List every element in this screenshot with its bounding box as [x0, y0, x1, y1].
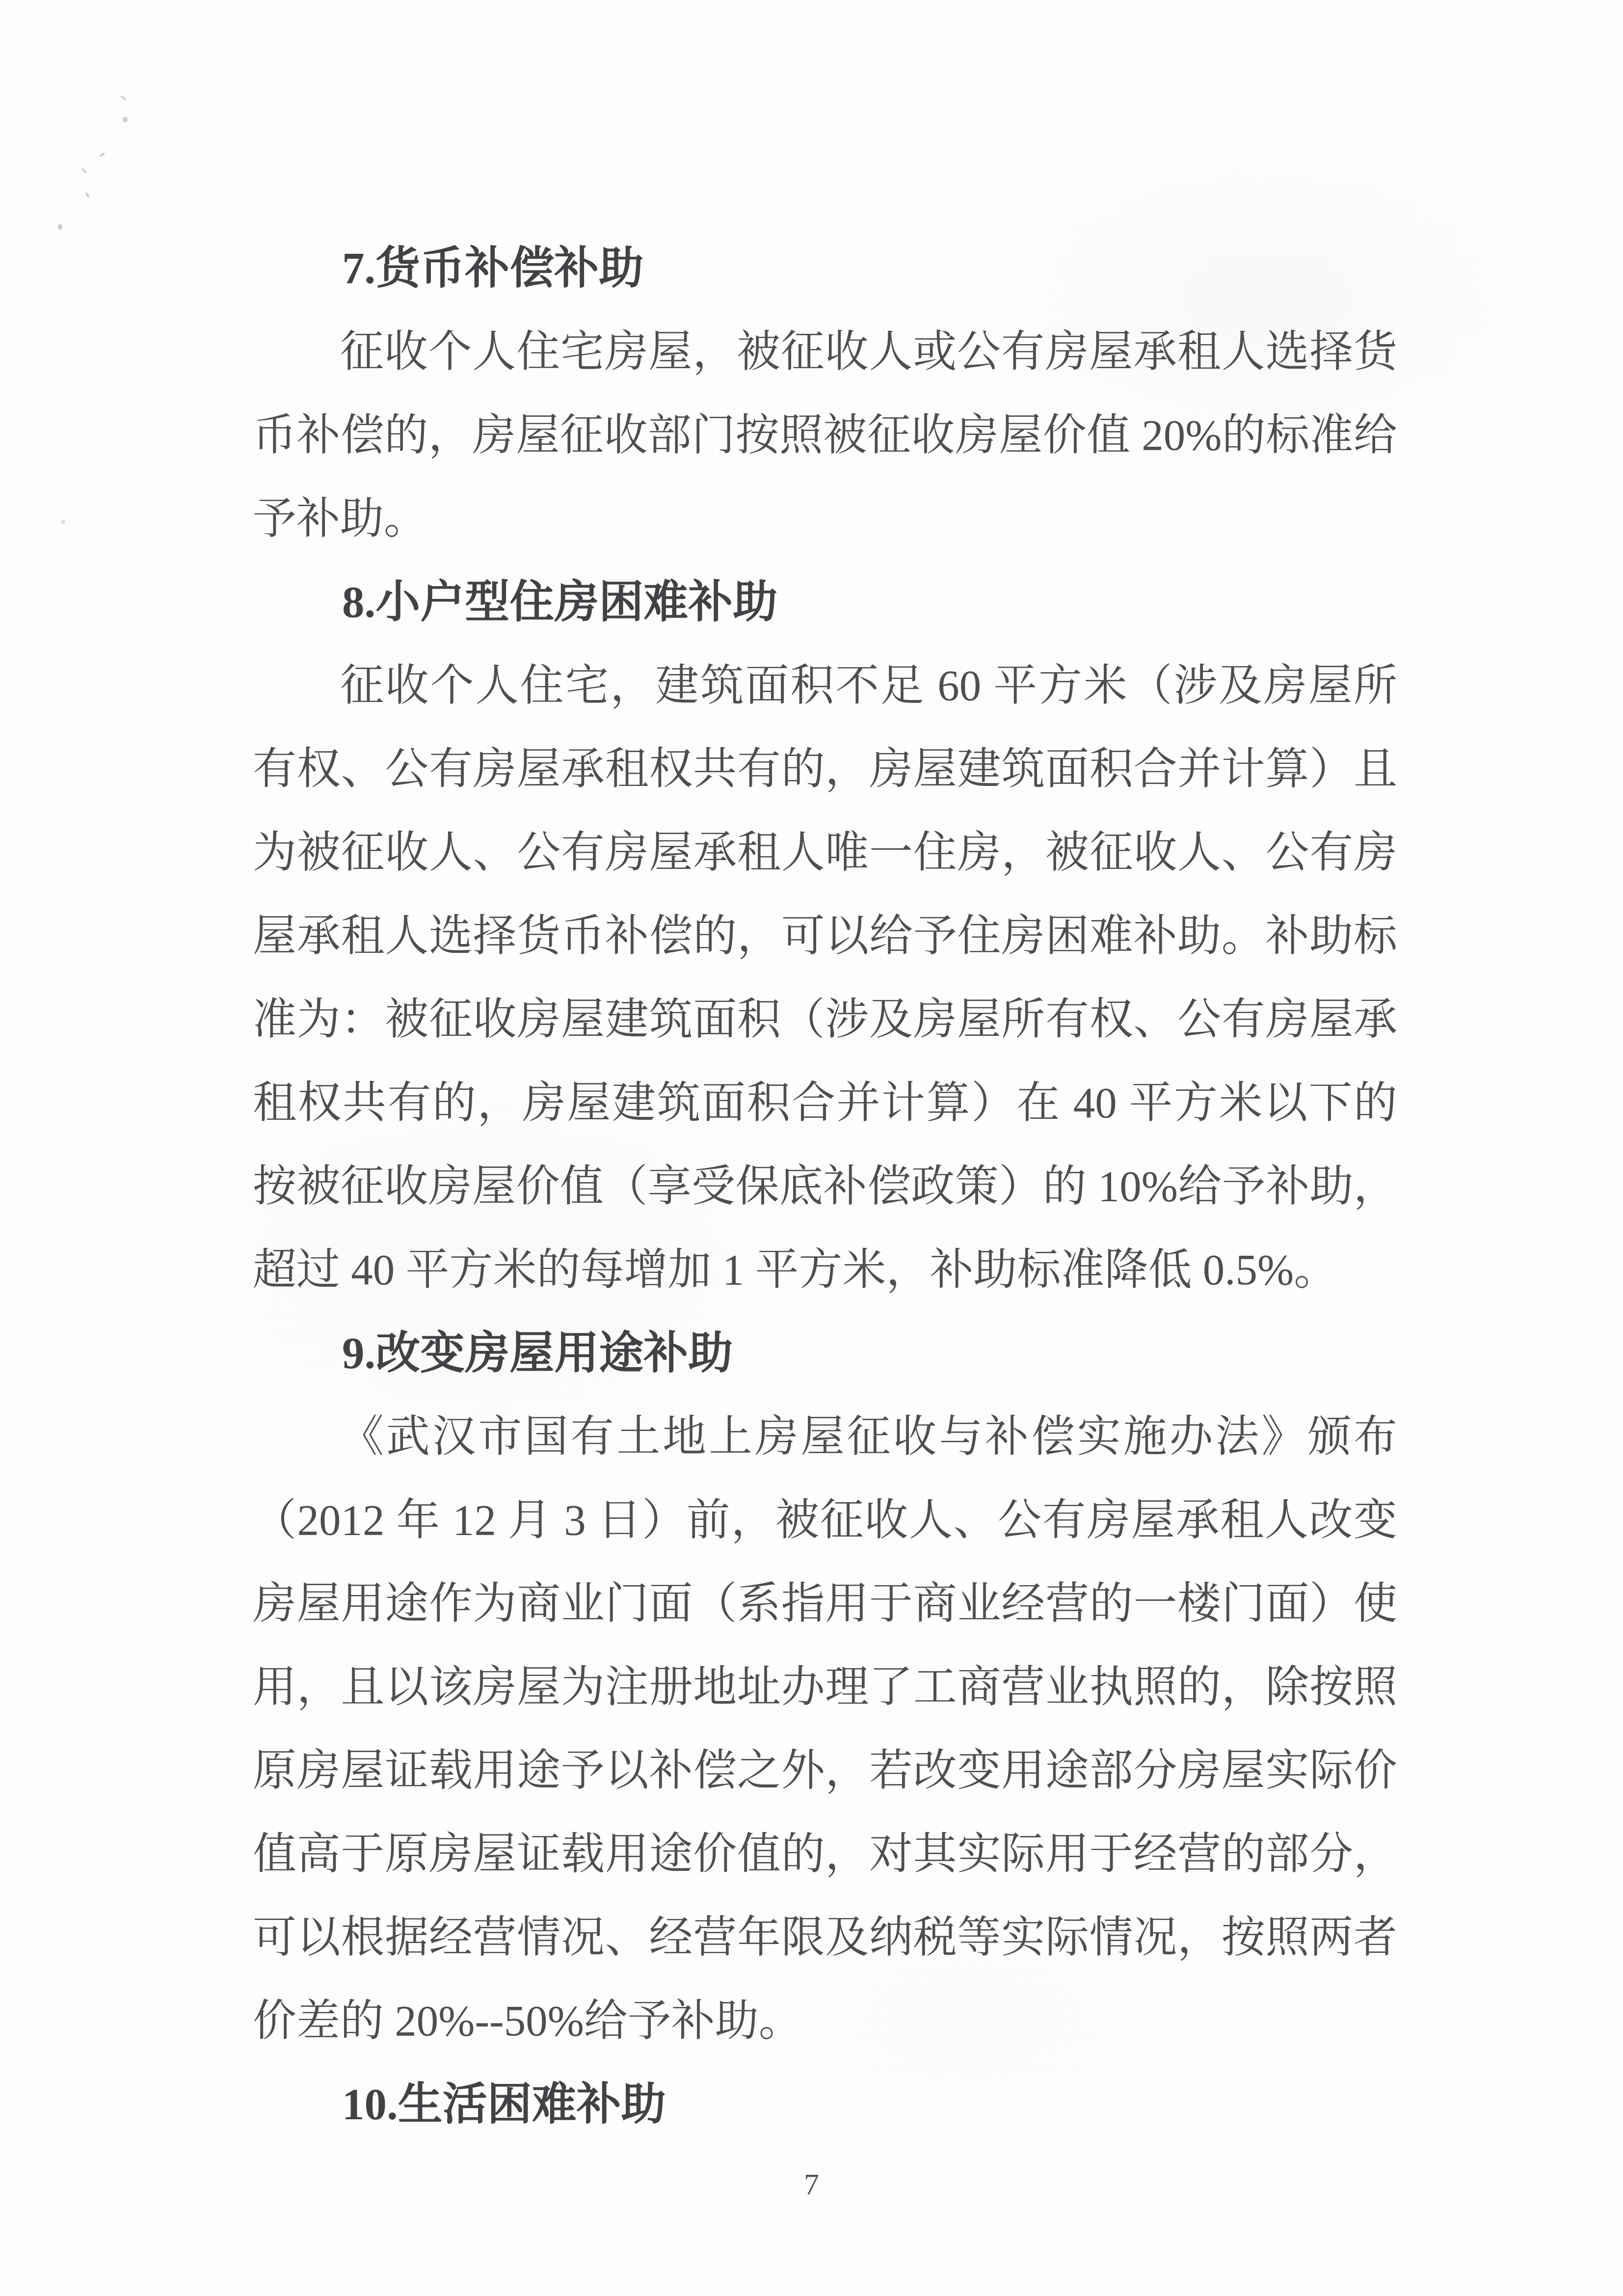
document-content: 7.货币补偿补助 征收个人住宅房屋，被征收人或公有房屋承租人选择货币补偿的，房屋… [253, 227, 1397, 2146]
scan-speckle [85, 192, 90, 198]
scan-speckle [120, 95, 127, 101]
document-page: 7.货币补偿补助 征收个人住宅房屋，被征收人或公有房屋承租人选择货币补偿的，房屋… [0, 0, 1623, 2296]
section-heading-living-difficulty: 10.生活困难补助 [253, 2063, 1397, 2146]
section-paragraph: 征收个人住宅房屋，被征收人或公有房屋承租人选择货币补偿的，房屋征收部门按照被征收… [253, 310, 1397, 561]
page-number: 7 [0, 2167, 1623, 2202]
scan-speckle [123, 117, 128, 122]
scan-speckle [61, 519, 65, 524]
section-heading-change-of-use: 9.改变房屋用途补助 [253, 1312, 1397, 1395]
section-paragraph: 征收个人住宅，建筑面积不足 60 平方米（涉及房屋所有权、公有房屋承租权共有的，… [253, 644, 1397, 1312]
section-living-difficulty-subsidy: 10.生活困难补助 [253, 2063, 1397, 2146]
section-heading-monetary-compensation: 7.货币补偿补助 [253, 227, 1397, 310]
section-heading-small-unit-housing: 8.小户型住房困难补助 [253, 561, 1397, 644]
section-change-of-house-use-subsidy: 9.改变房屋用途补助 《武汉市国有土地上房屋征收与补偿实施办法》颁布（2012 … [253, 1312, 1397, 2063]
section-small-unit-housing-difficulty-subsidy: 8.小户型住房困难补助 征收个人住宅，建筑面积不足 60 平方米（涉及房屋所有权… [253, 561, 1397, 1312]
scan-speckle [100, 152, 105, 157]
section-paragraph: 《武汉市国有土地上房屋征收与补偿实施办法》颁布（2012 年 12 月 3 日）… [253, 1395, 1397, 2063]
section-monetary-compensation-subsidy: 7.货币补偿补助 征收个人住宅房屋，被征收人或公有房屋承租人选择货币补偿的，房屋… [253, 227, 1397, 561]
scan-speckle [58, 224, 62, 230]
scan-speckle [81, 168, 87, 174]
